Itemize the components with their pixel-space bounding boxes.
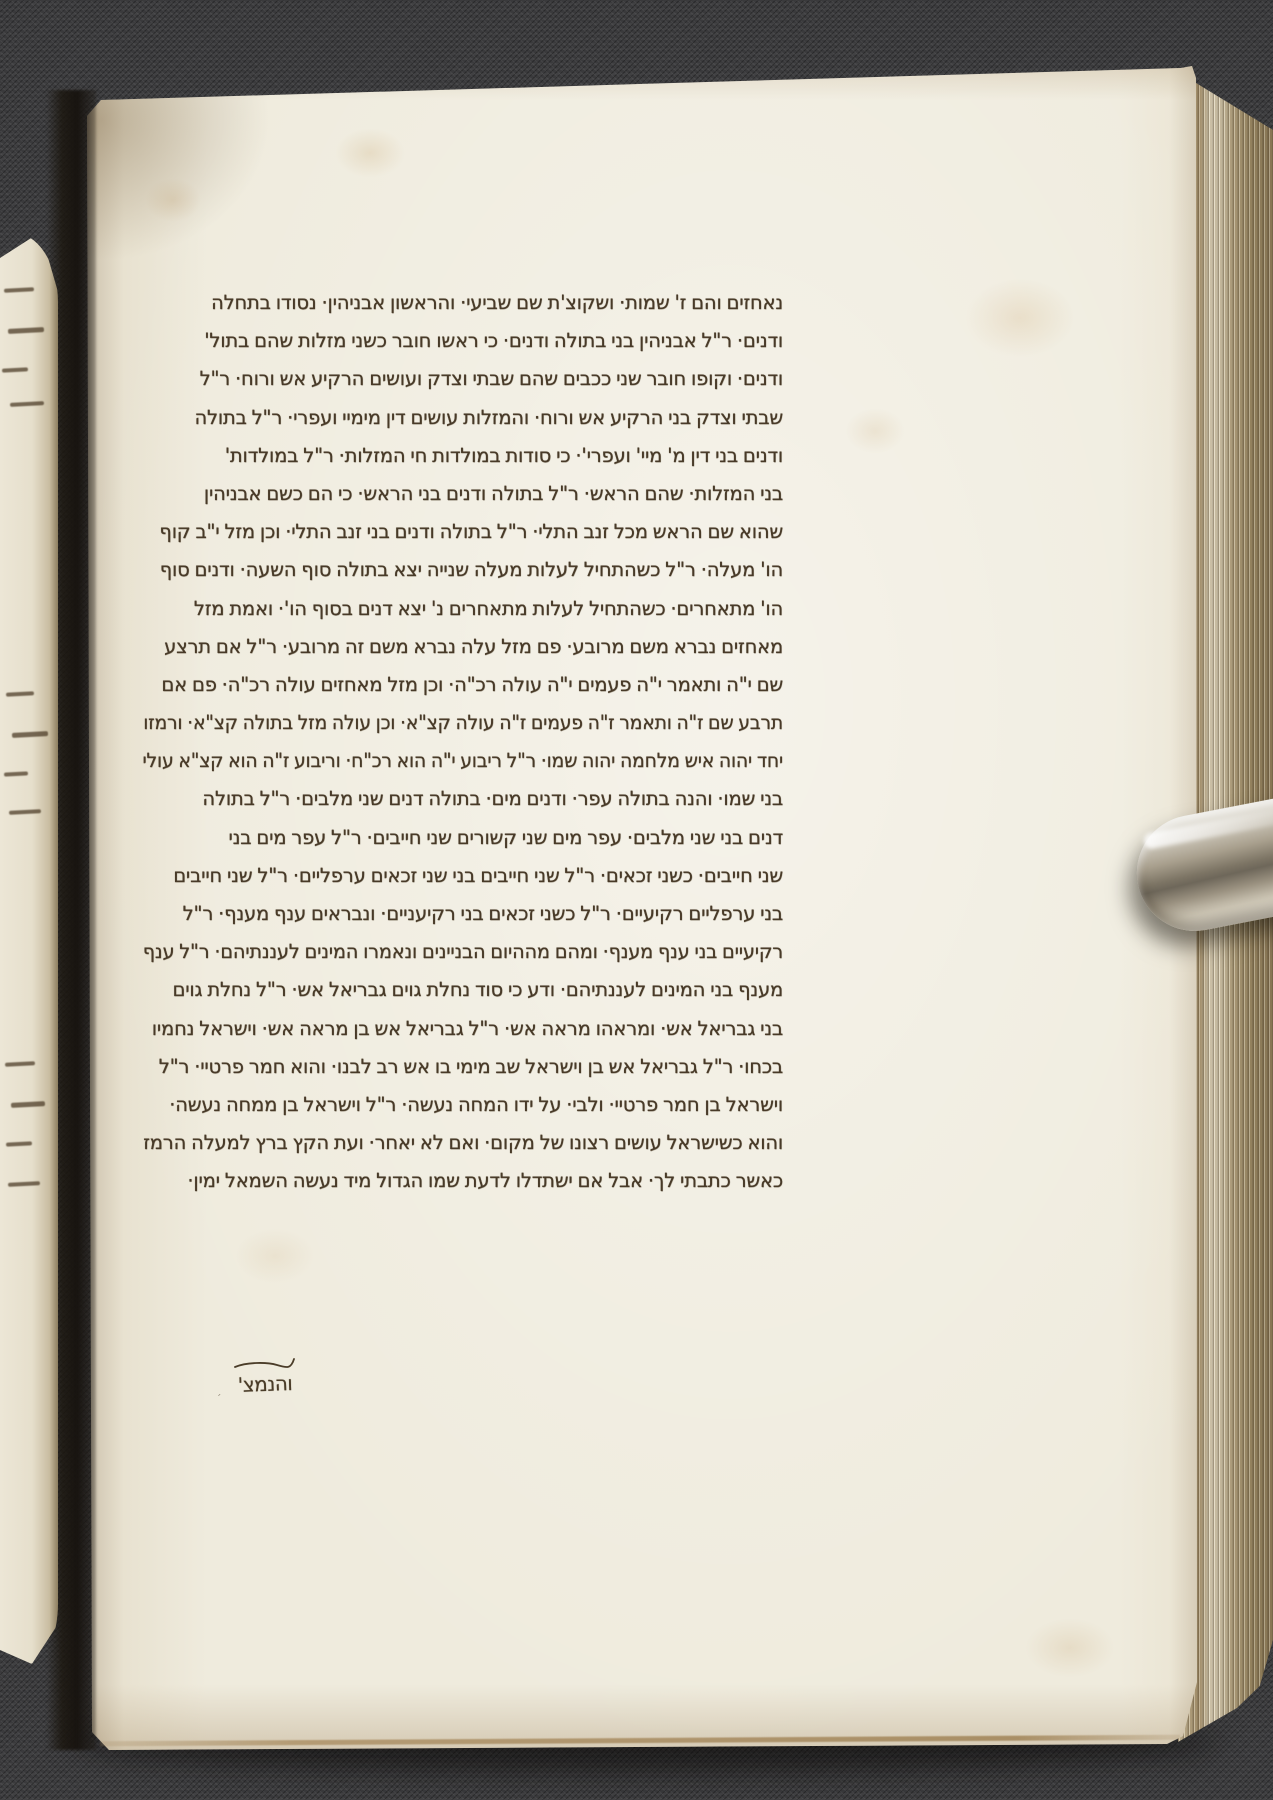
manuscript-text-line: מענף בני המינים לעננתיהם· ודע כי סוד נחל… bbox=[143, 971, 783, 1009]
manuscript-text-line: כאשר כתבתי לך· אבל אם ישתדלו לדעת שמו הג… bbox=[143, 1162, 783, 1200]
manuscript-text-line: ודנים· ר"ל אבניהין בני בתולה ודנים· כי ר… bbox=[143, 322, 783, 360]
manuscript-text-line: ודנים בני דין מ' מיי' ועפרי'· כי סודות ב… bbox=[143, 437, 783, 475]
marginal-scribble bbox=[4, 287, 34, 293]
catchword-flourish-icon bbox=[233, 1356, 297, 1372]
manuscript-text-line: שהוא שם הראש מכל זנב התלי· ר"ל בתולה ודנ… bbox=[143, 513, 783, 551]
manuscript-text-line: בני המזלות· שהם הראש· ר"ל בתולה ודנים בנ… bbox=[143, 475, 783, 513]
manuscript-text-line: דנים בני שני מלבים· עפר מים שני קשורים ש… bbox=[143, 819, 783, 857]
manuscript-text-line: נאחזים והם ז' שמות· ושקוצ'ת שם שביעי· וה… bbox=[143, 284, 783, 322]
manuscript-text-line: בני ערפליים רקיעיים· ר"ל כשני זכאים בני … bbox=[143, 895, 783, 933]
manuscript-text-line: וישראל בן חמר פרטיי· ולבי· על ידו המחה נ… bbox=[143, 1086, 783, 1124]
marginal-scribble bbox=[8, 327, 44, 334]
manuscript-text-line: הו' מתאחרים· כשהתחיל לעלות מתאחרים נ' יצ… bbox=[143, 590, 783, 628]
marginal-scribble bbox=[6, 691, 34, 696]
manuscript-text-line: והוא כשישראל עושים רצונו של מקום· ואם לא… bbox=[144, 1124, 783, 1162]
catchword-text: והנמצ' bbox=[223, 1371, 308, 1398]
marginal-scribble bbox=[5, 1061, 35, 1067]
catchword: והנמצ' ׳ bbox=[223, 1356, 307, 1396]
foxing-stain bbox=[235, 1228, 315, 1284]
manuscript-text-block: נאחזים והם ז' שמות· ושקוצ'ת שם שביעי· וה… bbox=[143, 284, 783, 1201]
marginal-scribble bbox=[9, 809, 41, 815]
manuscript-text-line: הו' מעלה· ר"ל כשהתחיל לעלות מעלה שנייה י… bbox=[143, 551, 783, 589]
manuscript-text-line: שם י"ה ותאמר י"ה פעמים י"ה עולה רכ"ה· וכ… bbox=[143, 666, 783, 704]
manuscript-text-line: בני גבריאל אש· ומראהו מראה אש· ר"ל גבריא… bbox=[143, 1010, 783, 1048]
manuscript-page: נאחזים והם ז' שמות· ושקוצ'ת שם שביעי· וה… bbox=[85, 58, 1197, 1752]
manuscript-text-line: שני חייבים· כשני זכאים· ר"ל שני חייבים ב… bbox=[143, 857, 783, 895]
manuscript-text-line: מאחזים נברא משם מרובע· פם מזל עלה נברא מ… bbox=[143, 628, 783, 666]
manuscript-text-line: בכחו· ר"ל גבריאל אש בן וישראל שב מימי בו… bbox=[143, 1048, 783, 1086]
page-corner-shading bbox=[86, 96, 276, 266]
manuscript-text-line: ודנים· וקופו חובר שני ככבים שהם שבתי וצד… bbox=[143, 360, 783, 398]
marginal-scribble bbox=[8, 1181, 40, 1187]
foxing-stain bbox=[965, 278, 1075, 358]
manuscript-text-line: רקיעיים בני ענף מענף· ומהם מההיום הבניינ… bbox=[150, 933, 783, 971]
manuscript-text-line: תרבע שם ז"ה ותאמר ז"ה פעמים ז"ה עולה קצ"… bbox=[167, 704, 783, 742]
marginal-scribble bbox=[11, 1101, 45, 1108]
marginal-scribble bbox=[4, 771, 28, 776]
manuscript-text-line: שבתי וצדק בני הרקיע אש ורוח· והמזלות עוש… bbox=[143, 399, 783, 437]
foxing-stain bbox=[335, 128, 405, 178]
marginal-scribble bbox=[6, 1141, 32, 1146]
marginal-scribble bbox=[12, 731, 48, 738]
manuscript-photo: נאחזים והם ז' שמות· ושקוצ'ת שם שביעי· וה… bbox=[0, 0, 1273, 1800]
manuscript-text-line: יחד יהוה איש מלחמה יהוה שמו· ר"ל ריבוע י… bbox=[166, 742, 783, 780]
manuscript-text-line: בני שמו· והנה בתולה עפר· ודנים מים· בתול… bbox=[143, 780, 783, 818]
foxing-stain bbox=[1025, 1618, 1115, 1678]
marginal-scribble bbox=[10, 401, 44, 407]
marginal-scribble bbox=[2, 367, 28, 372]
foxing-stain bbox=[845, 408, 905, 454]
catchword-tick: ׳ bbox=[217, 1390, 222, 1403]
facing-page-sliver bbox=[0, 232, 58, 1664]
